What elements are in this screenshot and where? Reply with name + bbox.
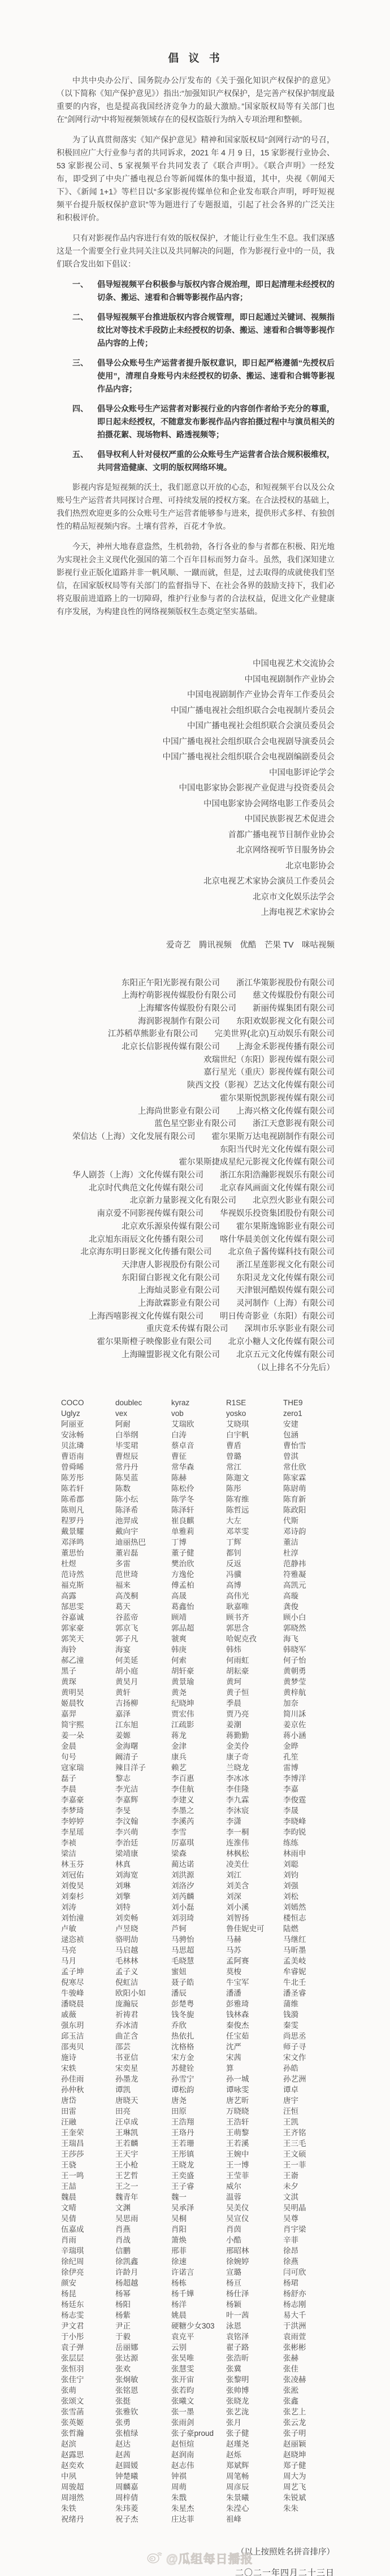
signatory-name: 赵滨: [61, 2439, 115, 2449]
signatory-name: 魏晨: [61, 2192, 115, 2203]
signatory-name: 海铃: [61, 1644, 115, 1655]
signatory-name: 赵恒煊: [171, 2439, 226, 2449]
signatory-name: 翟子路: [226, 2342, 283, 2353]
signatory-name: 梁洁: [61, 1848, 115, 1859]
signatory-name: 肖宇梁: [283, 2224, 335, 2235]
signatory-name: 李嘉: [283, 1784, 335, 1795]
signatory-name: 李佳航: [171, 1784, 226, 1795]
company-line: 东阳当代时光文化传媒有限公司: [57, 1144, 335, 1157]
association-name: 中国电影家协会网络电影工作委员会: [57, 797, 335, 813]
signatory-name: 海飞: [283, 1634, 335, 1644]
signatory-name: 谭卓: [283, 2084, 335, 2095]
signatory-name: 白涛: [171, 1430, 226, 1440]
signatory-name: 张赫: [283, 2353, 335, 2364]
signatory-name: 刘洪源: [171, 1870, 226, 1880]
signatory-name: 李星瑶: [61, 1827, 115, 1837]
signatory-name: 黄明昊: [61, 1687, 115, 1698]
signatory-name: 叶一茜: [226, 2310, 283, 2321]
signatory-name: 袁铭泽: [226, 2331, 283, 2342]
signatory-name: 蒋勤勤: [226, 1730, 283, 1741]
signatory-name: 周彦辰: [226, 2482, 283, 2492]
signatory-name: 王浩轩: [226, 2117, 283, 2127]
platform-signatories-line: 爱奇艺 腾讯视频 优酷 芒果 TV 咪咕视频: [57, 938, 335, 953]
signatory-name: 毕雯珺: [115, 1440, 171, 1451]
signatory-name: 汪融: [61, 2117, 115, 2127]
signatory-name: 王凯: [283, 2117, 335, 2127]
signatory-name: 张炯敏: [115, 2374, 171, 2385]
signatory-name: 顾靖: [171, 1612, 226, 1623]
company-line: 上海歆霖影业有限公司 灵河制作（上海）有限公司: [57, 1297, 335, 1310]
signatory-name: 邓萃雯: [226, 1526, 283, 1537]
signatory-name: 林真: [115, 1859, 171, 1870]
signatory-name: 黄梓航: [283, 1687, 335, 1698]
signatory-name: 彭雅琦: [226, 1999, 283, 2009]
signatory-name: 李婷婷: [61, 1816, 115, 1827]
signatory-name: 箫焕: [171, 2235, 226, 2245]
signatory-name: 杨紫: [115, 2310, 171, 2321]
signatory-name: 王若溪: [226, 2138, 283, 2149]
signatory-name: 王子睿: [171, 2181, 226, 2192]
signatory-name: 徐纪周: [61, 2256, 115, 2267]
signatory-name: 郝乙潼: [61, 1655, 115, 1666]
signatory-name: 杨颖: [226, 2299, 283, 2310]
signatory-name: kyraz: [171, 1397, 226, 1408]
signatory-name: 杜淳: [283, 1548, 335, 1558]
signatory-name: 祝绪丹: [61, 2514, 115, 2525]
signatory-name: 朱玮菱: [115, 2503, 171, 2514]
signatory-name: 刘智扬: [226, 1913, 283, 1923]
signatory-name: 阚清子: [115, 1752, 171, 1762]
signatory-name: 刘特: [115, 1902, 171, 1913]
signatory-name: 田雷: [61, 2106, 115, 2117]
signatory-name: 张雪菡: [61, 2406, 115, 2417]
signatory-name: 大左: [226, 1515, 283, 1526]
signatory-name: 谭咏雯: [226, 2084, 283, 2095]
company-line: 东阳留白影视文化有限公司 东阳灵龙文化传媒有限公司: [57, 1272, 335, 1285]
signatory-name: 陈数: [115, 1483, 171, 1494]
company-line: 欢瑞世纪（东阳）影视传媒有限公司: [57, 1054, 335, 1067]
signatory-name: 黎志: [115, 1773, 171, 1784]
signatory-name: 顾书齐: [226, 1612, 283, 1623]
signatory-name: 张慧雯: [171, 2364, 226, 2374]
signatory-name: 王琳凯: [115, 2127, 171, 2138]
signatory-name: 陈松伶: [171, 1483, 226, 1494]
signatory-name: 颜安: [61, 2278, 115, 2288]
signatory-name: 磊子: [61, 1773, 115, 1784]
signatory-name: 江疏影: [171, 1719, 226, 1730]
company-line: 重庆竟禾传媒有限公司 深圳市乐享影业有限公司: [57, 1323, 335, 1336]
signatory-name: 沈严: [226, 2041, 283, 2052]
signatory-name: 马继红: [283, 1934, 335, 1945]
signatory-name: 马月: [61, 1956, 115, 1966]
signatory-name: 郭家豪: [61, 1623, 115, 1634]
signatory-name: 李雪: [171, 1827, 226, 1837]
association-name: 北京电影协会: [57, 859, 335, 875]
company-line: 蓝色星空影业有限公司 浙江天意影视有限公司: [57, 1118, 335, 1131]
item-number: 一、: [72, 278, 97, 304]
signatory-name: 唐晓天: [115, 2095, 171, 2106]
signatory-name: 袁子弹: [61, 2342, 115, 2353]
signatory-name: 于毅: [115, 2331, 171, 2342]
signatory-name: 阿丽亚: [61, 1419, 115, 1430]
signatory-name: yosko: [226, 1408, 283, 1419]
signatory-name: 杨亘: [226, 2278, 283, 2288]
signatory-name: 庄达菲: [171, 2514, 226, 2525]
signatory-name: 张佳宁: [61, 2374, 115, 2385]
signatory-name: 郭晓然: [283, 1623, 335, 1634]
signatory-name: zero1: [283, 1408, 335, 1419]
signatory-name: 牟睿妮: [283, 1966, 335, 1977]
signatory-name: 陈学冬: [171, 1494, 226, 1505]
signatory-name: 未夕: [283, 2181, 335, 2192]
signatory-name: 肖燕: [115, 2224, 171, 2235]
signatory-name: 郭子凡: [115, 1634, 171, 1644]
signatory-name: 季晨: [226, 1698, 283, 1709]
signatory-name: 杨志刚: [283, 2299, 335, 2310]
signatory-name: 张彬彬: [283, 2342, 335, 2353]
signatory-name: 赵奕欢: [61, 2460, 115, 2471]
signatory-name: 聂子皓: [171, 1977, 226, 1988]
signatory-name: 张艺泷: [226, 2406, 283, 2417]
signatory-name: 刘松: [283, 1891, 335, 1902]
signatory-name: 书亚信: [115, 2052, 171, 2063]
signatory-name: 雷博: [283, 1762, 335, 1773]
signatory-name: 李百惠: [171, 1773, 226, 1784]
signatory-name: 凌美仕: [226, 1859, 283, 1870]
signatory-name: 都钊: [226, 1548, 283, 1558]
company-line: 荣信达（上海）文化发展有限公司 霍尔果斯万达电视剧制作有限公司: [57, 1131, 335, 1144]
signatory-name: 闫可欣: [283, 2267, 335, 2278]
signatory-name: 尹正: [115, 2321, 171, 2331]
signatory-name: 高凯元: [283, 1580, 335, 1591]
weibo-logo-icon: [146, 2548, 163, 2568]
signatory-name: 符雅凝: [283, 1569, 335, 1580]
company-line: 东阳正午阳光影视有限公司 浙江华策影视股份有限公司: [57, 977, 335, 990]
signatory-name: 鲁佳妮史可: [226, 1923, 283, 1934]
signatory-name: 吴承泽: [171, 2203, 226, 2213]
signatory-name: 常仕欣: [283, 1462, 335, 1472]
signatory-name: 彭楚粤: [171, 1999, 226, 2009]
signatory-name: 贝汯璘: [61, 1440, 115, 1451]
signatory-name: 赵露思: [61, 2449, 115, 2460]
signatory-name: 张月: [226, 2417, 283, 2428]
signatory-name: 朱星杰: [171, 2503, 226, 2514]
signatory-name: 金晨: [61, 1741, 115, 1752]
signatory-name: 王奎荣: [61, 2127, 115, 2138]
signatory-name: 陈迦文: [226, 1472, 283, 1483]
signatory-name: 王莎莎: [61, 2149, 115, 2160]
signatory-name: 陈彤: [226, 1483, 283, 1494]
signatory-name: 刘涛: [61, 1902, 115, 1913]
signatory-name: 尹文君: [61, 2321, 115, 2331]
signatory-name: 丁博: [171, 1537, 226, 1548]
signatory-name: 楼恒志: [283, 1913, 335, 1923]
signatory-name: 沈格格: [171, 2041, 226, 2052]
signatory-name: 万晓晓: [226, 2106, 283, 2117]
signatory-name: 刘聪: [283, 1859, 335, 1870]
signatory-name: THE9: [283, 1397, 335, 1408]
signatory-name: 陈希郡: [61, 1494, 115, 1505]
proposal-item: 一、倡导短视频平台积极参与版权内容合规治理，即日起清理未经授权的切条、搬运、速看…: [57, 278, 335, 304]
signatory-name: 张欢: [115, 2364, 171, 2374]
signatory-name: 潘晓晨: [61, 1999, 115, 2009]
signatory-name: 周麟嘉: [115, 2482, 171, 2492]
signatory-name: 牛宝军: [226, 1977, 283, 1988]
signatory-name: 魏青年: [115, 2192, 171, 2203]
signatory-name: 康子奇: [226, 1752, 283, 1762]
signatory-name: 董子健: [171, 1548, 226, 1558]
signatory-name: 谷蓝帝: [115, 1612, 171, 1623]
signatory-name: 李墨之: [171, 1805, 226, 1816]
signatory-name: 孙墨龙: [115, 2074, 171, 2084]
signatory-name: 张英姬: [61, 2417, 115, 2428]
association-name: 中国电视剧制作产业协会: [57, 672, 335, 688]
company-line: 北京长信影视传媒有限公司 上海金禾影视传播有限公司: [57, 1041, 335, 1054]
signatory-name: 赵晓坤: [283, 2449, 335, 2460]
signatory-name: 李佳隆: [226, 1784, 283, 1795]
signatory-name: 陈则凡: [61, 1505, 115, 1515]
company-line: 海润影视制作有限公司 东阳欢娱影视文化有限公司: [57, 1015, 335, 1028]
signatory-name: 白举纲: [115, 1430, 171, 1440]
signatory-name: 吴美仪: [226, 2203, 283, 2213]
signatory-name: 苏健铨: [171, 2063, 226, 2074]
signatory-name: 常华森: [171, 1462, 226, 1472]
signatory-name: 陈泽轩: [171, 1505, 226, 1515]
paragraph-intro-1: 中共中央办公厅、国务院办公厅发布的《关于强化知识产权保护的意见》（以下简称《知产…: [57, 74, 335, 126]
signatory-name: 强东玥: [61, 2020, 115, 2031]
proposal-items-list: 一、倡导短视频平台积极参与版权内容合规治理，即日起清理未经授权的切条、搬运、速看…: [57, 278, 335, 474]
signatory-name: 赵瑾尧: [226, 2439, 283, 2449]
association-name: 北京市文化娱乐法学会: [57, 890, 335, 906]
signatory-name: 梁森: [171, 1848, 226, 1859]
association-name: 中国广播电视社会组织联合会演员委员会: [57, 719, 335, 735]
document-body: 倡 议 书 中共中央办公厅、国务院办公厅发布的《关于强化知识产权保护的意见》（以…: [0, 0, 390, 2576]
signatory-name: 白宇帆: [226, 1430, 283, 1440]
company-signatories-list: 东阳正午阳光影视有限公司 浙江华策影视股份有限公司上海柠萌影视传媒股份有限公司 …: [57, 977, 335, 1362]
signatory-name: 丁辉: [226, 1537, 283, 1548]
company-line: 嘉行星光（重庆）影视传媒有限公司: [57, 1066, 335, 1079]
signatory-name: 刘小磊: [171, 1902, 226, 1913]
signatory-name: 刘洛汐: [171, 1880, 226, 1891]
signatory-name: 刘擎: [115, 1891, 171, 1902]
signatory-name: 韩晓军: [283, 1644, 335, 1655]
signatory-name: 王骁: [61, 2160, 115, 2170]
signatory-name: 张曦文: [171, 2396, 226, 2406]
signatory-name: 赵茜: [115, 2449, 171, 2460]
signatory-name: 李旻: [115, 1805, 171, 1816]
signatory-name: 肖阳: [171, 2224, 226, 2235]
signatory-name: 刘美含: [226, 1880, 283, 1891]
signatory-name: 唐艺昕: [226, 2095, 283, 2106]
signatory-name: 陆燃: [283, 1923, 335, 1934]
signatory-name: 张哲瀚: [61, 2428, 115, 2439]
signatory-name: 郭笑天: [61, 1634, 115, 1644]
signatory-name: 杨廷东: [61, 2299, 115, 2310]
signatory-name: 葛鑫怡: [171, 1601, 226, 1612]
signatory-name: 任宝茹: [226, 2031, 283, 2041]
signatory-name: 常丹丹: [115, 1462, 171, 1472]
signatory-name: 潘潘: [226, 1988, 283, 1999]
signatory-name: 周翊然: [61, 2492, 115, 2503]
item-text: 倡导公众账号生产运营者对影视行业的内容创作者给予充分的尊重，即日起未经授权，不随…: [97, 402, 335, 441]
proposal-item: 五、倡导权利人针对侵权严重的公众账号生产运营者合法合规积极维权，共同营造健康、文…: [57, 448, 335, 474]
signatory-name: 方逸伦: [171, 1569, 226, 1580]
signatory-name: 陈尉萌: [283, 1483, 335, 1494]
paragraph-outro-1: 影视内容是短视频的沃土，我们愿意以开放的心态，和短视频平台以及公众账号生产运营者…: [57, 481, 335, 533]
signatory-name: 李嘉辉: [115, 1795, 171, 1805]
signatory-name: 刘钧: [283, 1870, 335, 1880]
signatory-name: 杨昆: [61, 2288, 115, 2299]
signatory-name: 嘉泽: [115, 1709, 171, 1719]
signatory-name: 赵圆媛: [115, 2460, 171, 2471]
association-name: 中国广播电视社会组织联合会电视剧导演委员会: [57, 735, 335, 750]
signatory-name: 徐伊亮: [61, 2267, 115, 2278]
signatory-name: 谭松韵: [171, 2084, 226, 2095]
signatory-name: 高茂桐: [115, 1591, 171, 1601]
signatory-name: 王瑞昌: [61, 2138, 115, 2149]
signatory-name: 李光洁: [115, 1784, 171, 1795]
signatory-name: 刘琳: [115, 1880, 171, 1891]
signatory-name: 热依扎: [171, 2031, 226, 2041]
signatory-name: 林玉芬: [61, 1859, 115, 1870]
signatory-name: 王喆: [61, 2181, 115, 2192]
association-name: 中国广播电视社会组织联合会电视制片委员会: [57, 703, 335, 719]
signatory-name: 常江: [226, 1462, 283, 1472]
signatory-name: 赵烁: [226, 2449, 283, 2460]
signatory-name: 赵润南: [171, 2449, 226, 2460]
signatory-name: 黑子: [61, 1666, 115, 1676]
signatory-name: 威尔: [226, 2181, 283, 2192]
signatory-name: 朱戬: [171, 2492, 226, 2503]
association-name: 首都广播电视节目制作业协会: [57, 828, 335, 844]
signatory-name: 潘辰: [171, 1988, 226, 1999]
signatory-name: 陈芳彤: [61, 1472, 115, 1483]
signatory-name: 杨仕泽: [226, 2288, 283, 2299]
signatory-name: 加奈: [283, 1698, 335, 1709]
signatory-name: 刘俊昊: [61, 1880, 115, 1891]
signatory-name: 孙佳雨: [61, 2074, 115, 2084]
signatory-name: 王彤镇: [171, 2149, 226, 2160]
signatory-name: 纪晓坤: [171, 1698, 226, 1709]
signatory-name: 易大千: [283, 2310, 335, 2321]
signatory-name: 徐婉婷: [226, 2256, 283, 2267]
paragraph-outro-2: 今天，神州大地春意盎然，生机勃勃，各行各业的参与者都在积极、阳光地为实现社会主义…: [57, 540, 335, 618]
signatory-name: 艾晓琪: [226, 1419, 283, 1430]
item-number: 五、: [72, 448, 97, 474]
signatory-name: 张若昀: [171, 2385, 226, 2396]
signatory-name: 曹征: [171, 1451, 226, 1462]
page-title: 倡 议 书: [57, 50, 335, 65]
signatory-name: 信鹏: [115, 2245, 171, 2256]
association-name: 上海电视艺术家协会: [57, 905, 335, 921]
signatory-name: 邵芸: [115, 2041, 171, 2052]
company-line: 上海柠萌影视传媒股份有限公司 慈文传媒股份有限公司: [57, 989, 335, 1002]
signatory-name: 福克斯: [61, 1580, 115, 1591]
signatory-name: 王萌黎: [226, 2127, 283, 2138]
item-text: 倡导权利人针对侵权严重的公众账号生产运营者合法合规积极维权，共同营造健康、文明的…: [97, 448, 335, 474]
signatory-name: 傅孟柏: [171, 1580, 226, 1591]
signatory-name: 李沐宸: [226, 1805, 283, 1816]
signatory-name: 宋方金: [171, 2052, 226, 2063]
signatory-name: 金津: [171, 1741, 226, 1752]
signatory-name: 崔良麒: [171, 1515, 226, 1526]
signatory-name: 句号: [61, 1752, 115, 1762]
signatory-name: 张黎明: [226, 2374, 283, 2385]
signatory-name: 张晓龙: [226, 2396, 283, 2406]
company-line: 江苏稻草熊影业有限公司 完美世界(北京)互动娱乐有限公司: [57, 1028, 335, 1041]
signatory-name: 李嘉豪: [61, 1795, 115, 1805]
proposal-item: 二、倡导短视频平台推进版权内容合规管理，即日起通过关键词、视频指纹比对等技术手段…: [57, 311, 335, 350]
signatory-name: 袁克平: [171, 2331, 226, 2342]
signatory-name: 陈小纭: [115, 1494, 171, 1505]
signatory-name: 张铭恩: [115, 2385, 171, 2396]
signatory-name: 王若麟: [115, 2138, 171, 2149]
signatory-name: Uglyz: [61, 1408, 115, 1419]
signatory-name: 杨舒亦: [283, 2288, 335, 2299]
signatory-name: 黄朝勇: [283, 1666, 335, 1676]
signatory-name: 小酷: [226, 2235, 283, 2245]
signatory-name: 赵志伟: [171, 2460, 226, 2471]
signatory-name: 张艺上: [283, 2406, 335, 2417]
signatory-name: 乔冰清: [115, 2020, 171, 2031]
signatory-name: 文渊: [115, 2203, 171, 2213]
signatory-name: 曹怡雪: [283, 1440, 335, 1451]
signatory-name: 耿嘉唯: [226, 1601, 283, 1612]
signatory-name: 阿耐: [115, 1419, 171, 1430]
signatory-name: 张开宙: [171, 2374, 226, 2385]
signatory-name: 郑斌辉: [226, 2460, 283, 2471]
signatory-name: 李晨: [61, 1784, 115, 1795]
signatory-name: 刘秦杉: [61, 1891, 115, 1902]
signatory-name: 林枫松: [226, 1848, 283, 1859]
signatory-name: 郭品超: [171, 1623, 226, 1634]
signatory-name: 张挺: [115, 2396, 171, 2406]
signatory-name: 樊治欣: [171, 1558, 226, 1569]
signatory-name: 袁雨萱: [283, 2331, 335, 2342]
signatory-name: 高伟光: [226, 1591, 283, 1601]
signatory-name: 李潇: [226, 1816, 283, 1827]
signatory-name: 周大为: [283, 2471, 335, 2482]
association-name: 北京网络视听节目服务协会: [57, 843, 335, 859]
companies-order-note: （以上排名不分先后）: [57, 1362, 335, 1375]
signatory-name: 王三毛: [283, 2138, 335, 2149]
item-text: 倡导公众账号生产运营者提升版权意识，即日起严格遵循“先授权后使用”，清理自身账号…: [97, 357, 335, 396]
signatory-name: 哈妮克孜: [226, 1634, 283, 1644]
signatory-name: 张恒羽: [61, 2364, 115, 2374]
item-text: 倡导短视频平台积极参与版权内容合规治理，即日起清理未经授权的切条、搬运、速看和合…: [97, 278, 335, 304]
signatory-name: 江东旭: [115, 1719, 171, 1730]
signatory-name: 倪寒尽: [61, 1977, 115, 1988]
signatory-name: 董岩磊: [115, 1548, 171, 1558]
item-number: 四、: [72, 402, 97, 441]
company-line: 南京爱不同影视传媒有限公司 华视娱乐投资集团股份有限公司: [57, 1207, 335, 1220]
signatory-name: 吴倩: [61, 2213, 115, 2224]
association-name: 中国电影评论学会: [57, 766, 335, 781]
signatory-name: 刘冠佑: [61, 1870, 115, 1880]
company-line: 北京新力量影视文化有限公司 北京烈火影业有限公司: [57, 1194, 335, 1207]
signatory-name: 张云龙: [283, 2417, 335, 2428]
signatory-name: 李俊霆: [283, 1795, 335, 1805]
signatory-name: 王艺哲: [115, 2170, 171, 2181]
company-line: 上海耀客传媒股份有限公司 新丽传媒集团有限公司: [57, 1002, 335, 1015]
signatory-name: 郜思雯: [61, 1601, 115, 1612]
signatory-name: 文淇: [283, 2192, 335, 2203]
signatory-name: 李兴萌: [115, 1827, 171, 1837]
signatory-name: 海宴: [115, 1644, 171, 1655]
signatory-name: 算: [226, 2063, 283, 2074]
signatory-name: 康兵: [171, 1752, 226, 1762]
signatory-name: 单雅莉: [171, 1526, 226, 1537]
